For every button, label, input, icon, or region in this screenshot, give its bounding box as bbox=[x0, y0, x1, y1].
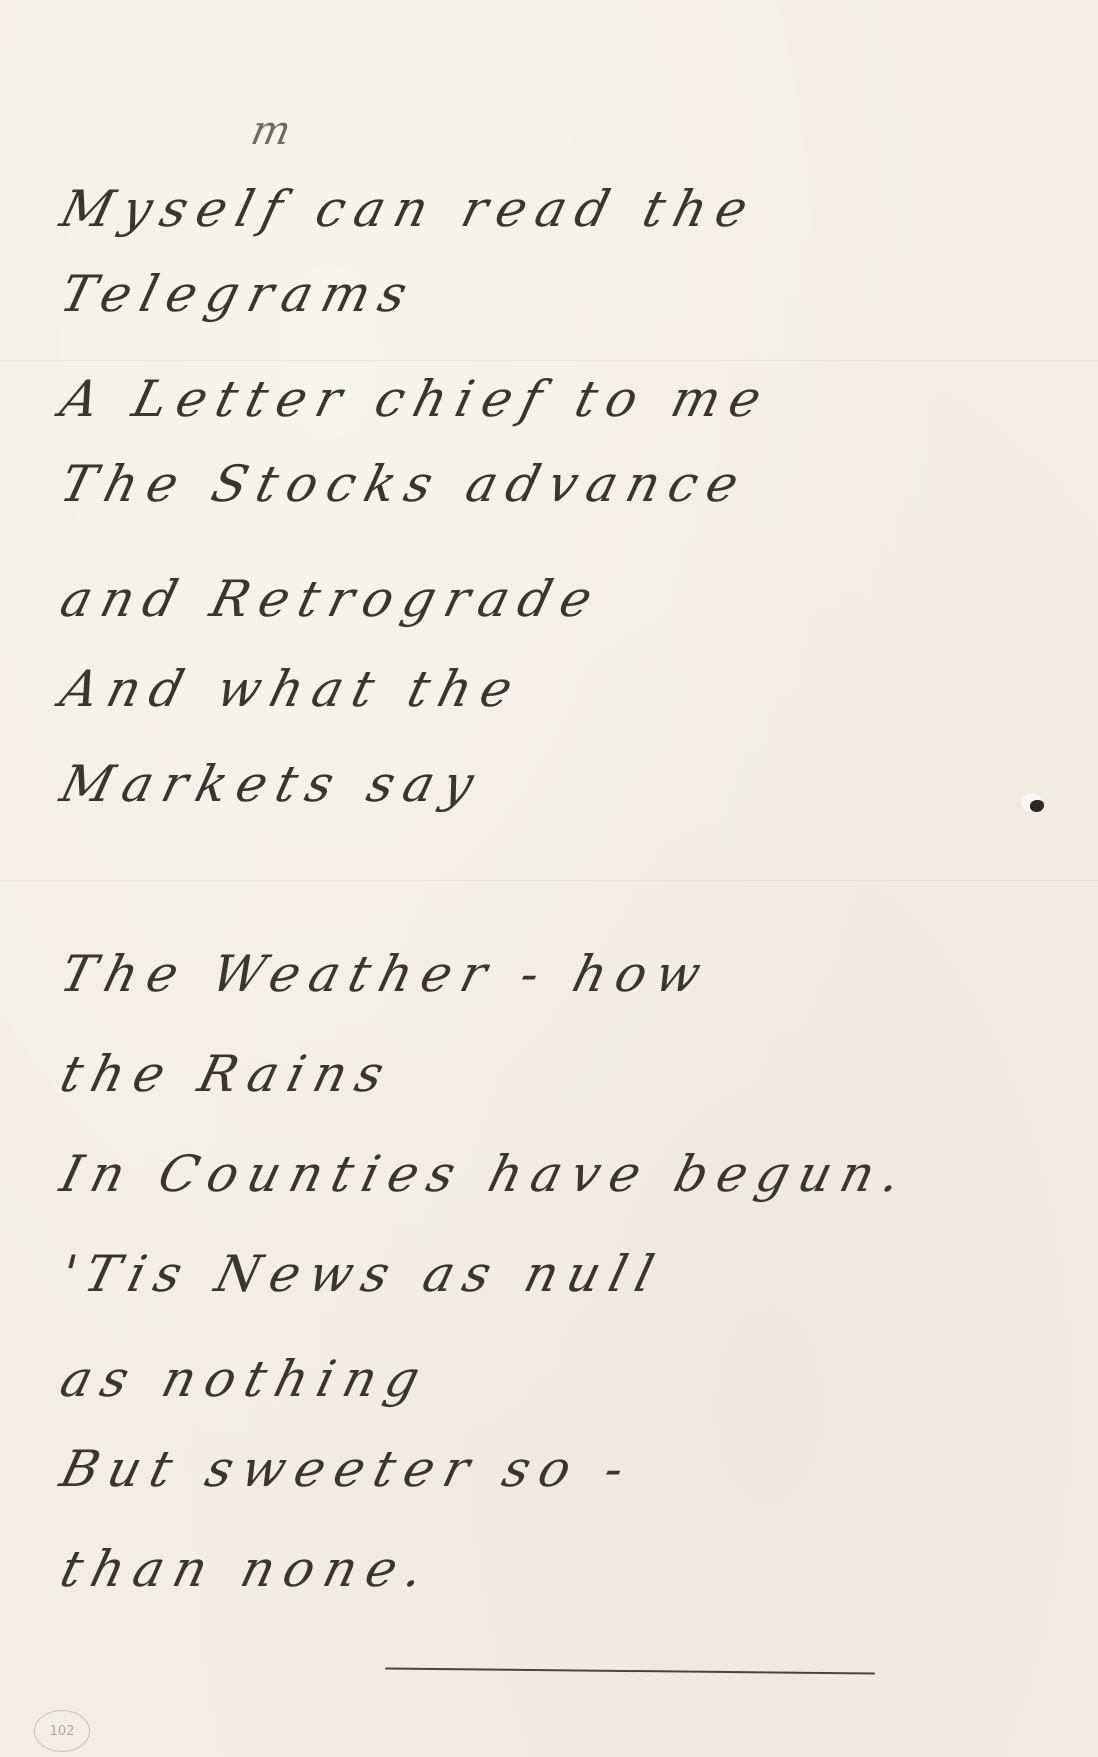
poem-line: than none. bbox=[55, 1540, 440, 1598]
poem-line: And what the bbox=[55, 660, 528, 718]
pencil-annotation: m bbox=[247, 108, 295, 154]
ink-blot bbox=[1030, 800, 1044, 812]
manuscript-page: m Myself can read the Telegrams A Letter… bbox=[0, 0, 1098, 1757]
poem-line: Myself can read the bbox=[55, 180, 764, 238]
poem-line: In Counties have begun. bbox=[55, 1145, 917, 1203]
poem-line: Markets say bbox=[55, 755, 490, 813]
poem-line: as nothing bbox=[55, 1350, 436, 1408]
folio-stamp: 102 bbox=[34, 1710, 90, 1752]
paper-fold-line bbox=[0, 360, 1098, 361]
poem-line: But sweeter so - bbox=[55, 1440, 640, 1498]
poem-line: Telegrams bbox=[55, 265, 423, 323]
closing-rule bbox=[385, 1667, 875, 1674]
poem-line: The Stocks advance bbox=[55, 455, 754, 513]
paper-fold-line bbox=[0, 880, 1098, 881]
poem-line: The Weather - how bbox=[55, 945, 717, 1003]
poem-line: and Retrograde bbox=[55, 570, 608, 628]
poem-line: A Letter chief to me bbox=[55, 370, 777, 428]
poem-line: the Rains bbox=[55, 1045, 400, 1103]
poem-line: 'Tis News as null bbox=[55, 1245, 670, 1303]
